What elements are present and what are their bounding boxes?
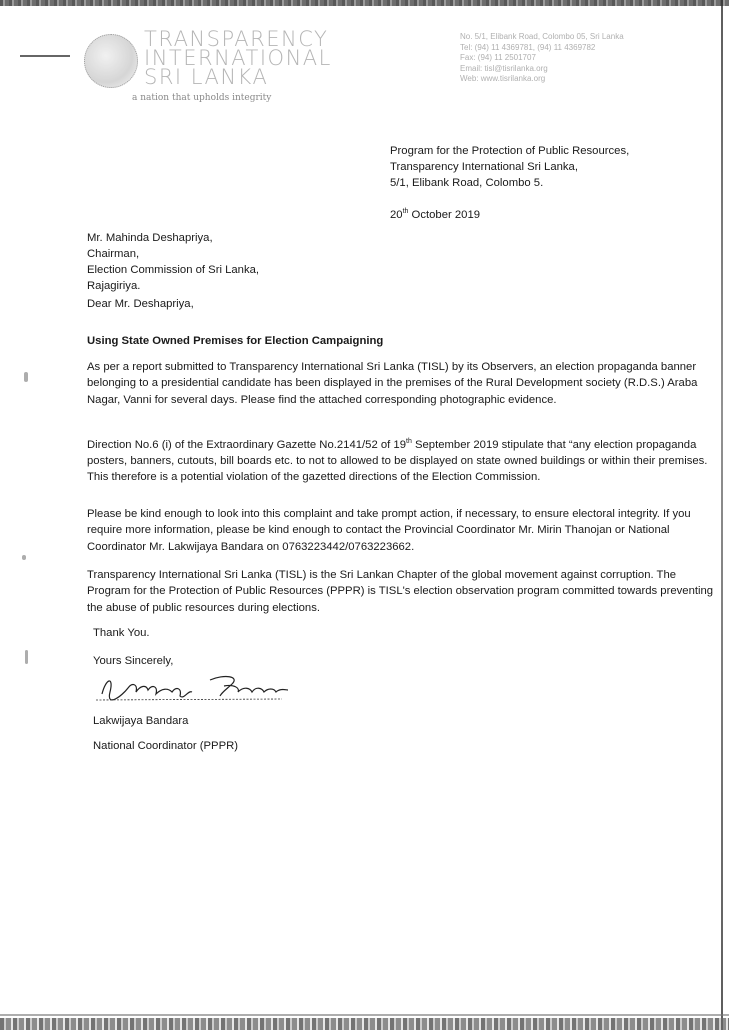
sender-line: Program for the Protection of Public Res… <box>390 143 629 159</box>
org-tagline: a nation that upholds integrity <box>132 93 271 103</box>
handwritten-signature-icon <box>92 666 312 706</box>
letter-date: 20th October 2019 <box>390 208 480 221</box>
org-name: TRANSPARENCY INTERNATIONAL SRI LANKA <box>144 30 332 87</box>
sender-line: 5/1, Elibank Road, Colombo 5. <box>390 175 629 191</box>
body-paragraph-2: Direction No.6 (i) of the Extraordinary … <box>87 434 719 486</box>
logo-dash <box>20 55 70 57</box>
recipient-line: Rajagiriya. <box>87 278 259 294</box>
signer-title: National Coordinator (PPPR) <box>93 740 238 752</box>
body-paragraph-4: Transparency International Sri Lanka (TI… <box>87 567 719 616</box>
letterhead-contact: No. 5/1, Elibank Road, Colombo 05, Sri L… <box>460 32 624 85</box>
subject-line: Using State Owned Premises for Election … <box>87 335 383 347</box>
margin-punch-mark <box>22 555 26 560</box>
scan-edge-bottom-line <box>0 1014 729 1016</box>
contact-phone: Tel: (94) 11 4369781, (94) 11 4369782 <box>460 43 624 54</box>
body-paragraph-3: Please be kind enough to look into this … <box>87 506 719 555</box>
date-month-year: October 2019 <box>408 209 480 221</box>
signer-name: Lakwijaya Bandara <box>93 715 188 727</box>
org-name-line-3: SRI LANKA <box>144 68 332 87</box>
contact-web: Web: www.tisrilanka.org <box>460 74 624 85</box>
contact-address: No. 5/1, Elibank Road, Colombo 05, Sri L… <box>460 32 624 43</box>
sender-line: Transparency International Sri Lanka, <box>390 159 629 175</box>
body-paragraph-1: As per a report submitted to Transparenc… <box>87 359 719 408</box>
recipient-address: Mr. Mahinda Deshapriya, Chairman, Electi… <box>87 230 259 294</box>
scan-edge-top <box>0 0 729 6</box>
recipient-line: Chairman, <box>87 246 259 262</box>
contact-email: Email: tisl@tisrilanka.org <box>460 64 624 75</box>
recipient-line: Election Commission of Sri Lanka, <box>87 262 259 278</box>
margin-punch-mark <box>25 650 28 664</box>
salutation: Dear Mr. Deshapriya, <box>87 298 194 310</box>
date-day: 20 <box>390 209 403 221</box>
p2-text-before: Direction No.6 (i) of the Extraordinary … <box>87 439 406 451</box>
letterhead-logo: TRANSPARENCY INTERNATIONAL SRI LANKA a n… <box>20 28 340 108</box>
globe-logo-icon <box>84 34 138 88</box>
margin-punch-mark <box>24 372 28 382</box>
contact-fax: Fax: (94) 11 2501707 <box>460 53 624 64</box>
scan-edge-right <box>721 0 723 1030</box>
sender-address: Program for the Protection of Public Res… <box>390 143 629 191</box>
thank-you: Thank You. <box>93 627 150 639</box>
recipient-line: Mr. Mahinda Deshapriya, <box>87 230 259 246</box>
scan-edge-bottom <box>0 1018 729 1030</box>
